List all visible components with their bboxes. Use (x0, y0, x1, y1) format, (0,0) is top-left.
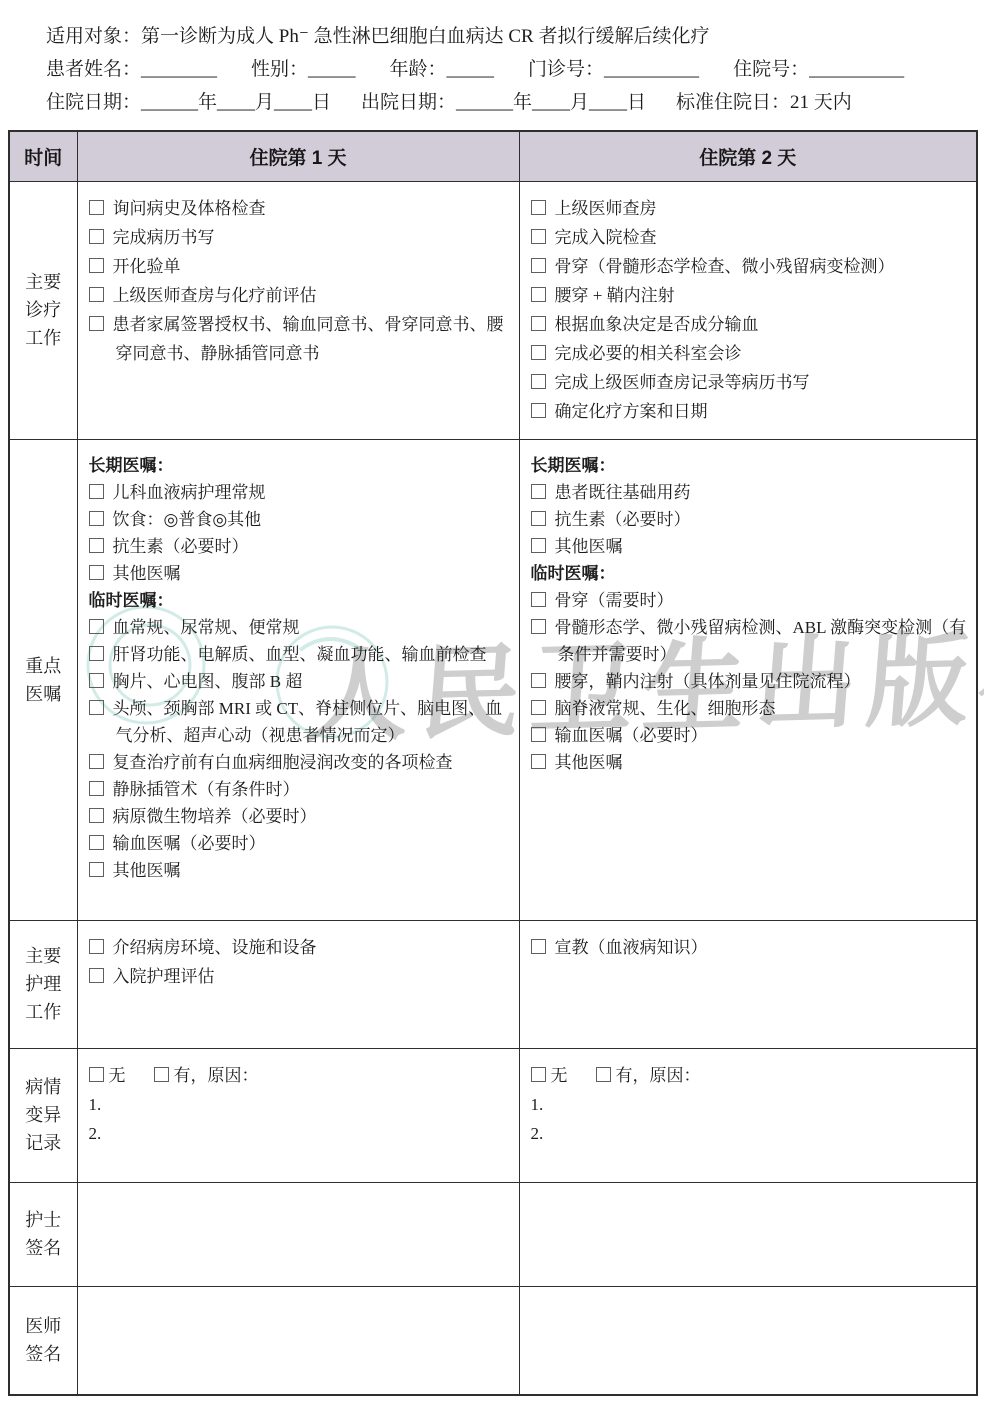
list-item: 长期医嘱： (89, 452, 511, 479)
list-item: 询问病史及体格检查 (89, 194, 511, 223)
item-text: 有，原因： (616, 1066, 701, 1085)
discharge-date-field: 出院日期：______年____月____日 (361, 92, 646, 113)
list-item: 1. (89, 1090, 511, 1119)
checkbox-icon (154, 1067, 169, 1082)
row-label-line: 主要 (11, 268, 76, 296)
checkbox-icon (89, 968, 104, 983)
list-item: 饮食：◎普食◎其他 (89, 506, 511, 533)
list-item: 其他医嘱 (531, 533, 969, 560)
list-item: 其他医嘱 (89, 857, 511, 884)
item-text: 腰穿，鞘内注射（具体剂量见住院流程） (555, 672, 861, 691)
checkbox-icon (531, 229, 546, 244)
list-item: 骨髓形态学、微小残留病检测、ABL 激酶突变检测（有条件并需要时） (531, 614, 969, 668)
list-item: 儿科血液病护理常规 (89, 479, 511, 506)
checkbox-icon (89, 862, 104, 877)
checkbox-icon (89, 258, 104, 273)
cell-day1 (77, 1286, 519, 1395)
list-item: 肝肾功能、电解质、血型、凝血功能、输血前检查 (89, 641, 511, 668)
checkbox-icon (531, 754, 546, 769)
checkbox-icon (89, 808, 104, 823)
list-item: 宣教（血液病知识） (531, 933, 969, 962)
list-item: 长期医嘱： (531, 452, 969, 479)
list-item: 患者既往基础用药 (531, 479, 969, 506)
row-label: 主要诊疗工作 (9, 181, 77, 439)
list-item: 其他医嘱 (531, 749, 969, 776)
item-text: 输血医嘱（必要时） (113, 834, 266, 853)
item-text: 完成必要的相关科室会诊 (555, 344, 742, 363)
list-item: 确定化疗方案和日期 (531, 397, 969, 426)
gender-field: 性别：_____ (251, 59, 356, 80)
item-text: 其他医嘱 (113, 564, 181, 583)
item-text: 头颅、颈胸部 MRI 或 CT、脊柱侧位片、脑电图、血气分析、超声心动（视患者情… (113, 699, 503, 745)
checkbox-icon (89, 200, 104, 215)
checkbox-icon (89, 619, 104, 634)
time-column-header: 时间 (9, 131, 77, 181)
table-body: 主要诊疗工作询问病史及体格检查完成病历书写开化验单上级医师查房与化疗前评估患者家… (9, 181, 977, 1395)
item-text: 完成入院检查 (555, 228, 657, 247)
cell-day1: 介绍病房环境、设施和设备入院护理评估 (77, 920, 519, 1048)
cell-day1 (77, 1182, 519, 1286)
list-item: 病原微生物培养（必要时） (89, 803, 511, 830)
checkbox-icon (89, 287, 104, 302)
item-text: 骨穿（骨髓形态学检查、微小残留病变检测） (555, 257, 895, 276)
row-label-line: 工作 (11, 998, 76, 1026)
row-label-line: 主要 (11, 942, 76, 970)
checkbox-icon (531, 511, 546, 526)
admission-date-field: 住院日期：______年____月____日 (46, 92, 331, 113)
item-text: 脑脊液常规、生化、细胞形态 (555, 699, 776, 718)
checkbox-icon (89, 316, 104, 331)
item-text: 骨穿（需要时） (555, 591, 674, 610)
list-item: 静脉插管术（有条件时） (89, 776, 511, 803)
checkbox-icon (531, 287, 546, 302)
list-item: 复查治疗前有白血病细胞浸润改变的各项检查 (89, 749, 511, 776)
checkbox-icon (89, 229, 104, 244)
doc-header: 适用对象：第一诊断为成人 Ph⁻ 急性淋巴细胞白血病达 CR 者拟行缓解后续化疗… (46, 20, 946, 119)
list-item: 临时医嘱： (89, 587, 511, 614)
item-text: 1. (531, 1095, 544, 1114)
checkbox-icon (531, 727, 546, 742)
checkbox-icon (531, 619, 546, 634)
list-item: 腰穿 + 鞘内注射 (531, 281, 969, 310)
item-text: 输血医嘱（必要时） (555, 726, 708, 745)
list-item: 1. (531, 1090, 969, 1119)
row-label-line: 医嘱 (11, 680, 76, 708)
list-item: 头颅、颈胸部 MRI 或 CT、脊柱侧位片、脑电图、血气分析、超声心动（视患者情… (89, 695, 511, 749)
list-item: 完成必要的相关科室会诊 (531, 339, 969, 368)
list-item: 腰穿，鞘内注射（具体剂量见住院流程） (531, 668, 969, 695)
age-field: 年龄：_____ (390, 59, 495, 80)
checkbox-icon (531, 592, 546, 607)
checkbox-icon (89, 781, 104, 796)
list-item: 开化验单 (89, 252, 511, 281)
row-label-line: 诊疗 (11, 296, 76, 324)
checkbox-icon (89, 484, 104, 499)
item-text: 2. (531, 1124, 544, 1143)
checkbox-icon (89, 511, 104, 526)
checkbox-icon (531, 374, 546, 389)
checkbox-icon (531, 403, 546, 418)
table-row: 护士签名 (9, 1182, 977, 1286)
cell-day2 (519, 1182, 977, 1286)
row-label-line: 病情 (11, 1073, 76, 1101)
row-label-line: 护理 (11, 970, 76, 998)
item-text: 其他医嘱 (555, 537, 623, 556)
list-item: 其他医嘱 (89, 560, 511, 587)
item-text: 1. (89, 1095, 102, 1114)
day2-column-header: 住院第 2 天 (519, 131, 977, 181)
checkbox-icon (531, 484, 546, 499)
checkbox-icon (89, 754, 104, 769)
item-text: 病原微生物培养（必要时） (113, 807, 317, 826)
item-text: 上级医师查房 (555, 199, 657, 218)
cell-day1: 长期医嘱：儿科血液病护理常规饮食：◎普食◎其他抗生素（必要时）其他医嘱临时医嘱：… (77, 439, 519, 920)
checkbox-icon (531, 258, 546, 273)
checkbox-icon (89, 538, 104, 553)
table-header-row: 时间 住院第 1 天 住院第 2 天 (9, 131, 977, 181)
list-item: 骨穿（骨髓形态学检查、微小残留病变检测） (531, 252, 969, 281)
item-text: 根据血象决定是否成分输血 (555, 315, 759, 334)
item-text: 临时医嘱： (89, 591, 174, 610)
item-text: 无 (109, 1066, 126, 1085)
list-item: 完成病历书写 (89, 223, 511, 252)
list-item: 上级医师查房 (531, 194, 969, 223)
item-text: 患者家属签署授权书、输血同意书、骨穿同意书、腰穿同意书、静脉插管同意书 (113, 315, 504, 363)
item-text: 确定化疗方案和日期 (555, 402, 708, 421)
row-label: 重点医嘱 (9, 439, 77, 920)
item-text: 长期医嘱： (531, 456, 616, 475)
table-row: 主要护理工作介绍病房环境、设施和设备入院护理评估宣教（血液病知识） (9, 920, 977, 1048)
item-text: 上级医师查房与化疗前评估 (113, 286, 317, 305)
row-label-line: 记录 (11, 1129, 76, 1157)
item-text: 有，原因： (174, 1066, 259, 1085)
item-text: 血常规、尿常规、便常规 (113, 618, 300, 637)
cell-day1: 询问病史及体格检查完成病历书写开化验单上级医师查房与化疗前评估患者家属签署授权书… (77, 181, 519, 439)
item-text: 饮食：◎普食◎其他 (113, 510, 262, 529)
checkbox-icon (89, 939, 104, 954)
row-label: 病情变异记录 (9, 1048, 77, 1182)
item-text: 抗生素（必要时） (113, 537, 249, 556)
item-text: 开化验单 (113, 257, 181, 276)
row-label-line: 护士 (11, 1206, 76, 1234)
item-text: 复查治疗前有白血病细胞浸润改变的各项检查 (113, 753, 453, 772)
checkbox-icon (531, 673, 546, 688)
dates-line: 住院日期：______年____月____日出院日期：______年____月_… (46, 86, 946, 119)
table-row: 主要诊疗工作询问病史及体格检查完成病历书写开化验单上级医师查房与化疗前评估患者家… (9, 181, 977, 439)
checkbox-icon (89, 673, 104, 688)
list-item: 骨穿（需要时） (531, 587, 969, 614)
applicable-subjects-line: 适用对象：第一诊断为成人 Ph⁻ 急性淋巴细胞白血病达 CR 者拟行缓解后续化疗 (46, 20, 946, 53)
cell-day2: 长期医嘱：患者既往基础用药抗生素（必要时）其他医嘱临时医嘱：骨穿（需要时）骨髓形… (519, 439, 977, 920)
clinical-pathway-table: 时间 住院第 1 天 住院第 2 天 主要诊疗工作询问病史及体格检查完成病历书写… (8, 130, 978, 1396)
item-text: 宣教（血液病知识） (555, 938, 708, 957)
item-text: 抗生素（必要时） (555, 510, 691, 529)
list-item: 输血医嘱（必要时） (531, 722, 969, 749)
item-text: 询问病史及体格检查 (113, 199, 266, 218)
cell-day1: 无有，原因：1.2. (77, 1048, 519, 1182)
item-text: 其他医嘱 (113, 861, 181, 880)
item-text: 患者既往基础用药 (555, 483, 691, 502)
row-label-line: 变异 (11, 1101, 76, 1129)
checkbox-icon (531, 1067, 546, 1082)
item-text: 腰穿 + 鞘内注射 (555, 286, 675, 305)
list-item: 无有，原因： (531, 1061, 969, 1090)
checkbox-icon (531, 939, 546, 954)
patient-info-line: 患者姓名：________性别：_____年龄：_____门诊号：_______… (46, 53, 946, 86)
item-text: 静脉插管术（有条件时） (113, 780, 300, 799)
list-item: 血常规、尿常规、便常规 (89, 614, 511, 641)
item-text: 胸片、心电图、腹部 B 超 (113, 672, 303, 691)
item-text: 其他医嘱 (555, 753, 623, 772)
list-item: 2. (89, 1119, 511, 1148)
list-item: 完成入院检查 (531, 223, 969, 252)
row-label-line: 重点 (11, 652, 76, 680)
list-item: 胸片、心电图、腹部 B 超 (89, 668, 511, 695)
table-row: 重点医嘱长期医嘱：儿科血液病护理常规饮食：◎普食◎其他抗生素（必要时）其他医嘱临… (9, 439, 977, 920)
row-label: 护士签名 (9, 1182, 77, 1286)
table-row: 医师签名 (9, 1286, 977, 1395)
list-item: 无有，原因： (89, 1061, 511, 1090)
row-label-line: 签名 (11, 1340, 76, 1368)
checkbox-icon (89, 646, 104, 661)
row-label-line: 工作 (11, 324, 76, 352)
row-label-line: 签名 (11, 1234, 76, 1262)
checkbox-icon (89, 565, 104, 580)
item-text: 临时医嘱： (531, 564, 616, 583)
inpatient-no-field: 住院号：__________ (733, 59, 904, 80)
row-label: 主要护理工作 (9, 920, 77, 1048)
checkbox-icon (531, 316, 546, 331)
item-text: 儿科血液病护理常规 (113, 483, 266, 502)
list-item: 入院护理评估 (89, 962, 511, 991)
patient-name-field: 患者姓名：________ (46, 59, 217, 80)
item-text: 介绍病房环境、设施和设备 (113, 938, 317, 957)
list-item: 根据血象决定是否成分输血 (531, 310, 969, 339)
cell-day2: 无有，原因：1.2. (519, 1048, 977, 1182)
item-text: 2. (89, 1124, 102, 1143)
list-item: 输血医嘱（必要时） (89, 830, 511, 857)
list-item: 2. (531, 1119, 969, 1148)
item-text: 骨髓形态学、微小残留病检测、ABL 激酶突变检测（有条件并需要时） (555, 618, 967, 664)
checkbox-icon (89, 835, 104, 850)
list-item: 完成上级医师查房记录等病历书写 (531, 368, 969, 397)
list-item: 介绍病房环境、设施和设备 (89, 933, 511, 962)
list-item: 临时医嘱： (531, 560, 969, 587)
table-row: 病情变异记录无有，原因：1.2.无有，原因：1.2. (9, 1048, 977, 1182)
checkbox-icon (596, 1067, 611, 1082)
item-text: 无 (551, 1066, 568, 1085)
row-label-line: 医师 (11, 1312, 76, 1340)
checkbox-icon (89, 1067, 104, 1082)
checkbox-icon (531, 700, 546, 715)
item-text: 肝肾功能、电解质、血型、凝血功能、输血前检查 (113, 645, 487, 664)
list-item: 脑脊液常规、生化、细胞形态 (531, 695, 969, 722)
list-item: 患者家属签署授权书、输血同意书、骨穿同意书、腰穿同意书、静脉插管同意书 (89, 310, 511, 368)
standard-stay-field: 标准住院日：21 天内 (676, 92, 852, 113)
checkbox-icon (531, 200, 546, 215)
list-item: 抗生素（必要时） (531, 506, 969, 533)
checkbox-icon (531, 345, 546, 360)
item-text: 长期医嘱： (89, 456, 174, 475)
checkbox-icon (531, 538, 546, 553)
list-item: 上级医师查房与化疗前评估 (89, 281, 511, 310)
checkbox-icon (89, 700, 104, 715)
list-item: 抗生素（必要时） (89, 533, 511, 560)
cell-day2: 上级医师查房完成入院检查骨穿（骨髓形态学检查、微小残留病变检测）腰穿 + 鞘内注… (519, 181, 977, 439)
row-label: 医师签名 (9, 1286, 77, 1395)
cell-day2: 宣教（血液病知识） (519, 920, 977, 1048)
item-text: 入院护理评估 (113, 967, 215, 986)
item-text: 完成病历书写 (113, 228, 215, 247)
day1-column-header: 住院第 1 天 (77, 131, 519, 181)
item-text: 完成上级医师查房记录等病历书写 (555, 373, 810, 392)
outpatient-no-field: 门诊号：__________ (528, 59, 699, 80)
cell-day2 (519, 1286, 977, 1395)
